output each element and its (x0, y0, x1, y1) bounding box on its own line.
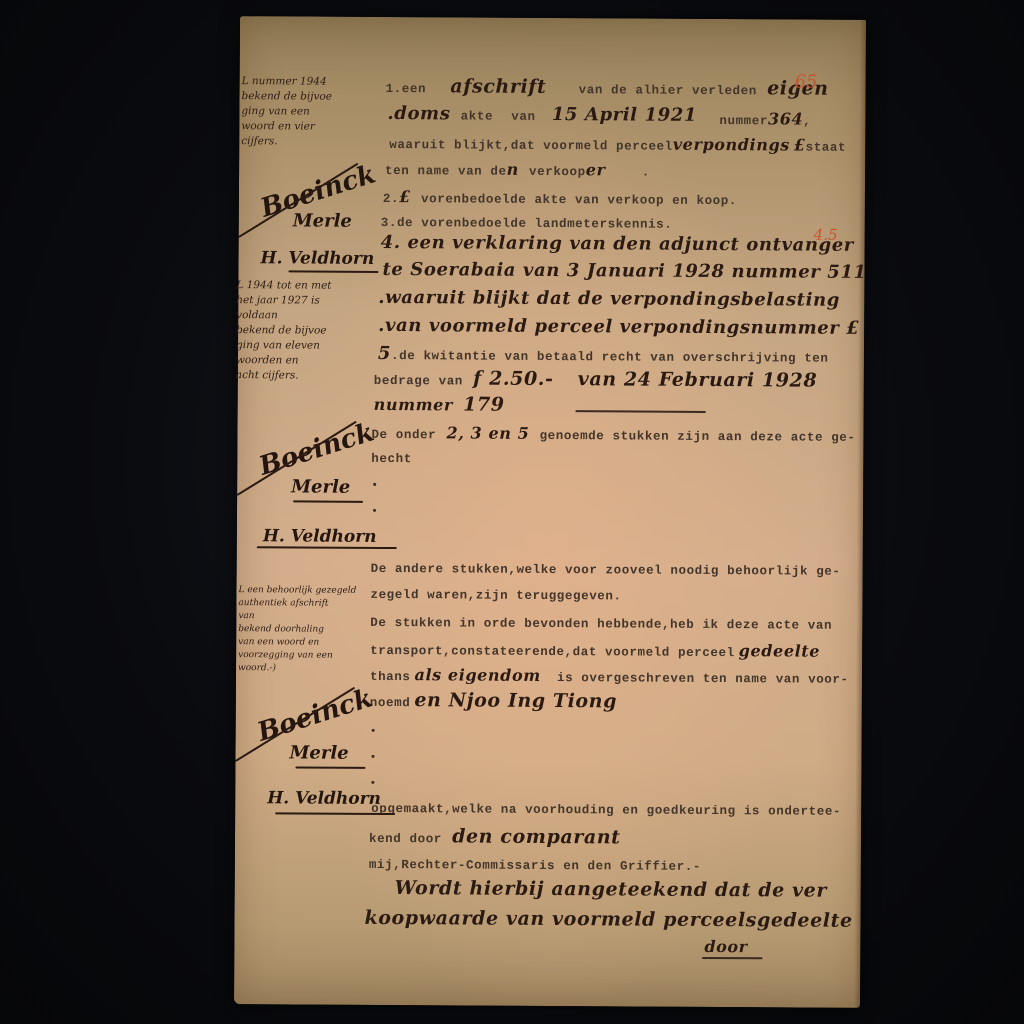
signature-underline (257, 546, 397, 548)
handwritten-line-8: te Soerabaia van 3 Januari 1928 nummer 5… (382, 259, 866, 283)
handwritten-text: er (586, 160, 606, 179)
handwritten-line-25: Wordt hierbij aangeteekend dat de ver (395, 877, 827, 902)
typed-text: mij,Rechter-Commissaris en den Griffier.… (369, 858, 701, 874)
text-line-18: De stukken in orde bevonden hebbende,heb… (370, 613, 832, 634)
signature-veldhorn: H. Veldhorn (263, 526, 377, 547)
text-line-16: De andere stukken,welke voor zooveel noo… (371, 559, 841, 580)
underline-stroke (576, 410, 706, 412)
signature-veldhorn: H. Veldhorn (260, 248, 374, 269)
signature-underline (295, 766, 365, 768)
handwritten-text: 5 (378, 343, 391, 364)
text-line-20: thansals eigendom is overgeschreven ten … (370, 665, 849, 688)
text-line-13: nummer 179 (374, 393, 505, 416)
typed-text: verkoop (529, 165, 586, 179)
red-pencil-mark: 4.5 (814, 226, 838, 244)
handwritten-text: 179 (463, 393, 505, 415)
handwritten-line-27: door (704, 937, 747, 956)
text-line-4: ten name van den verkooper . (385, 159, 650, 181)
text-line-24: mij,Rechter-Commissaris en den Griffier.… (369, 855, 701, 875)
text-line-14: De onder 2, 3 en 5 genoemde stukken zijn… (371, 423, 855, 446)
text-line-19: transport,constateerende,dat voormeld pe… (370, 639, 820, 662)
typed-text: 1.een (386, 82, 427, 96)
signature-merle: Merle (289, 742, 348, 763)
text-line-3: waaruit blijkt,dat voormeld perceelverpo… (389, 133, 846, 156)
handwritten-text: £ (794, 135, 806, 154)
typed-text: 3.de vorenbedoelde landmeterskennis. (381, 216, 673, 232)
text-line-1: 1.een afschrift van de alhier verleden e… (386, 75, 829, 100)
handwritten-line-7: 4. een verklaring van den adjunct ontvan… (381, 232, 854, 256)
placeholder-dot (371, 781, 374, 784)
typed-text: nummer (719, 114, 768, 128)
handwritten-text: en Njoo Ing Tiong (414, 689, 617, 712)
placeholder-dot (373, 483, 376, 486)
handwritten-text: 364 (768, 109, 803, 128)
typed-text: hecht (371, 452, 412, 466)
text-line-2: .doms akte van 15 April 1921 (387, 103, 697, 126)
text-line-12: bedrage van f 2.50.- van 24 Februari 192… (374, 367, 818, 392)
handwritten-text: 2, 3 en 5 (446, 423, 529, 443)
signature-merle: Merle (291, 476, 350, 497)
text-line-5: 2.£ vorenbedoelde akte van verkoop en ko… (383, 187, 737, 209)
text-line-2b: nummer364, (719, 109, 811, 130)
placeholder-dot (371, 755, 374, 758)
signature-merle: Merle (293, 210, 352, 231)
typed-text: akte (461, 109, 493, 123)
typed-text: 2. (383, 192, 399, 206)
handwritten-text: 15 April 1921 (552, 104, 697, 126)
typed-text: thans (370, 670, 411, 684)
margin-note-3: L een behoorlijk gezegeld authentiek afs… (238, 584, 356, 676)
typed-text: , (803, 115, 811, 129)
text-line-6: 3.de vorenbedoelde landmeterskennis. (381, 213, 673, 233)
handwritten-line-26: koopwaarde van voormeld perceelsgedeelte (364, 907, 852, 932)
handwritten-text: nummer (374, 395, 453, 414)
typed-text: .de kwitantie van betaald recht van over… (391, 349, 829, 366)
typed-text: waaruit blijkt,dat voormeld perceel (389, 138, 673, 154)
placeholder-dot (373, 509, 376, 512)
typed-text: genoemde stukken zijn aan deze acte ge- (540, 429, 856, 445)
placeholder-dot (372, 729, 375, 732)
typed-text: noemd (370, 696, 411, 710)
margin-note-1: L nummer 1944 bekend de bijvoe ging van … (241, 74, 332, 150)
typed-text: transport,constateerende,dat voormeld pe… (370, 644, 735, 660)
typed-text: De stukken in orde bevonden hebbende,heb… (370, 616, 832, 633)
handwritten-text: f 2.50.- (473, 368, 554, 390)
signature-veldhorn: H. Veldhorn (267, 788, 381, 809)
handwritten-text: gedeelte (739, 641, 820, 660)
typed-text: bedrage van (374, 374, 463, 389)
typed-text: vorenbedoelde akte van verkoop en koop. (421, 192, 737, 208)
typed-text: staat (806, 141, 847, 155)
text-line-15: hecht (371, 449, 412, 467)
handwritten-text: van 24 Februari 1928 (578, 368, 818, 391)
typed-text: De onder (371, 428, 436, 442)
handwritten-line-10: .van voormeld perceel verpondingsnummer … (378, 315, 859, 339)
typed-text: De andere stukken,welke voor zooveel noo… (371, 562, 841, 579)
handwritten-text: .doms (387, 103, 450, 124)
handwritten-text: als eigendom (414, 665, 540, 685)
text-line-11: 5.de kwitantie van betaald recht van ove… (378, 343, 829, 367)
handwritten-line-9: .waaruit blijkt dat de verpondingsbelast… (378, 287, 840, 311)
handwritten-text: afschrift (450, 75, 546, 98)
underline-stroke (702, 957, 762, 959)
typed-text: opgemaakt,welke na voorhouding en goedke… (371, 802, 841, 819)
typed-text: van de alhier verleden (579, 83, 757, 98)
signature-underline (288, 270, 378, 272)
handwritten-text: verpondings (673, 135, 790, 155)
signature-underline (275, 812, 395, 814)
typed-text: van (511, 110, 535, 124)
text-line-21: noemden Njoo Ing Tiong (370, 689, 617, 713)
text-line-17: zegeld waren,zijn teruggegeven. (370, 585, 621, 605)
handwritten-text: £ (399, 187, 411, 206)
document-page: 1.een afschrift van de alhier verleden e… (234, 16, 866, 1008)
typed-text: ten name van de (385, 164, 507, 179)
text-line-23: kend door den comparant (369, 825, 621, 849)
typed-text: . (642, 166, 650, 180)
signature-underline (293, 500, 363, 502)
typed-text: zegeld waren,zijn teruggegeven. (370, 588, 621, 604)
margin-note-2: L 1944 tot en met het jaar 1927 is volda… (236, 278, 332, 384)
red-pencil-mark: 65 (795, 71, 818, 92)
typed-text: is overgeschreven ten name van voor- (557, 671, 849, 687)
text-line-22: opgemaakt,welke na voorhouding en goedke… (371, 799, 841, 820)
handwritten-text: den comparant (452, 825, 621, 848)
typed-text: kend door (369, 832, 442, 846)
handwritten-text: n (507, 160, 519, 179)
